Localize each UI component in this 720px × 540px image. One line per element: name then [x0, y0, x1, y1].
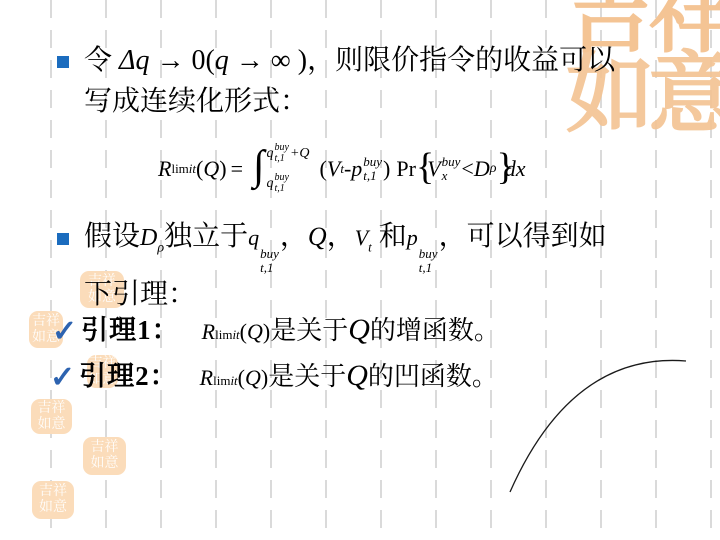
bullet1-text-cjk: ，则限价指令的收益可以: [307, 45, 615, 76]
paren: (: [240, 319, 247, 344]
lower-limit: qbuyt,1: [267, 174, 310, 194]
formula-V: V: [327, 156, 340, 182]
R: R: [200, 365, 213, 390]
lemma2-row: ✓ 引理2： Rlimit(Q) 是关于 Q 的凹函数。: [50, 354, 498, 393]
up-q: q: [267, 146, 274, 162]
equals-sign: =: [231, 156, 243, 182]
seal-stamp: 吉祥如意: [83, 437, 126, 475]
iv-sup: buy: [442, 155, 461, 168]
pr-operator: Pr: [396, 156, 416, 182]
limit-order-revenue-formula: Rlimit(Q) = ∫ qbuyt,1+Q qbuyt,1 (Vt - pb…: [158, 138, 525, 200]
comma: ，: [280, 221, 308, 252]
seal-stamp-text: 吉祥如意: [37, 484, 69, 516]
sub-it: it: [189, 161, 196, 176]
inner-V-scripts: buyx: [442, 156, 461, 182]
Q: Q: [245, 365, 261, 390]
integral-sign: ∫: [253, 145, 265, 187]
sub-limit: limit: [213, 373, 238, 388]
lemma1-text: 的增函数。: [370, 310, 500, 347]
formula-paren: (: [320, 156, 327, 182]
formula-Q: Q: [203, 156, 219, 182]
p-sub: t,1: [363, 169, 382, 182]
bullet1-paragraph: 令 Δq → 0(q → ∞ )，则限价指令的收益可以 写成连续化形式：: [84, 40, 659, 122]
bullet-square-icon: [57, 56, 69, 68]
lemma2-math: Rlimit(Q): [200, 365, 269, 391]
seal-stamp-text: 吉祥如意: [36, 401, 68, 433]
q-scripts: buyt,1: [260, 248, 279, 274]
sub-it: it: [230, 373, 237, 388]
lemma1-bigQ: Q: [348, 313, 370, 347]
up-sup: buy: [275, 143, 289, 153]
bullet2-text-cjk: 假设: [84, 221, 140, 252]
Q: Q: [247, 319, 263, 344]
lemma1-label: 引理1：: [81, 308, 180, 347]
lo-sup: buy: [275, 173, 289, 183]
sub-lim: lim: [215, 327, 232, 342]
math-q: q: [215, 45, 229, 76]
formula-R: R: [158, 156, 171, 182]
seal-stamp: 吉祥如意: [32, 481, 74, 519]
iv-sub: x: [442, 169, 461, 182]
seal-stamp-text: 吉祥如意: [89, 440, 121, 472]
math-p: p: [407, 225, 418, 250]
math-Q: Q: [308, 222, 327, 251]
lo-scripts: buyt,1: [275, 174, 289, 194]
slide-canvas: 吉祥 如意 吉祥如意 吉祥如意 吉祥如意 吉祥如意 吉祥如意 吉祥如意 令 Δq…: [0, 0, 720, 540]
guide-line: [50, 0, 52, 540]
p-sup: buy: [363, 155, 382, 168]
integral-limits: qbuyt,1+Q qbuyt,1: [267, 144, 310, 194]
sub-limit: limit: [215, 327, 240, 342]
seal-stamp: 吉祥如意: [31, 399, 72, 434]
checkmark-icon: ✓: [52, 314, 77, 349]
D-sub: ρ: [490, 161, 497, 177]
bullet1-text-cjk: 令: [84, 45, 119, 76]
lemma2-text: 的凹函数。: [368, 356, 498, 393]
formula-D: D: [474, 156, 490, 182]
dx-differential: dx: [505, 156, 526, 182]
lemma1-text: 是关于: [270, 310, 348, 347]
inner-V: V: [427, 156, 440, 182]
p-scripts: buyt,1: [419, 248, 438, 274]
lo-q: q: [267, 176, 274, 192]
up-sub: t,1: [275, 154, 289, 164]
lemma1-math: Rlimit(Q): [202, 319, 271, 345]
upper-limit: qbuyt,1+Q: [267, 144, 310, 164]
sub-lim: lim: [171, 161, 188, 176]
paren: ): [263, 319, 270, 344]
R: R: [202, 319, 215, 344]
checkmark-icon: ✓: [50, 360, 75, 395]
formula-sub-limit: limit: [171, 161, 196, 177]
formula-paren: ): [383, 156, 390, 182]
sub-lim: lim: [213, 373, 230, 388]
bullet2-line2: 下引理：: [84, 279, 196, 310]
lo-sub: t,1: [275, 184, 289, 194]
math-arrow-inf: → ∞ ): [229, 45, 307, 76]
lemma2-text: 是关于: [268, 356, 346, 393]
math-delta-q: Δq: [119, 45, 149, 76]
lemma2-label: 引理2：: [79, 354, 178, 393]
lemma2-bigQ: Q: [346, 359, 368, 393]
p-sup: buy: [419, 247, 438, 260]
p-sub: t,1: [419, 261, 438, 274]
comma: ，: [327, 221, 355, 252]
paren: (: [238, 365, 245, 390]
up-plus: +Q: [290, 146, 310, 162]
paren: ): [261, 365, 268, 390]
bullet2-text-cjk: 独立于: [164, 221, 248, 252]
formula-p: p: [351, 156, 362, 182]
up-scripts: buyt,1: [275, 144, 289, 164]
bullet1-line2: 写成连续化形式：: [84, 86, 308, 117]
formula-paren: ): [219, 156, 226, 182]
math-q: q: [248, 225, 259, 250]
less-than: <: [461, 156, 473, 182]
math-V: V: [355, 225, 368, 250]
bullet-square-icon: [57, 233, 69, 245]
math-D: D: [140, 225, 157, 251]
bullet2-text-cjk: 和: [372, 221, 407, 252]
q-sub: t,1: [260, 261, 279, 274]
lemma1-row: ✓ 引理1： Rlimit(Q) 是关于 Q 的增函数。: [52, 308, 500, 347]
sub-it: it: [232, 327, 239, 342]
bullet2-text-cjk: ，可以得到如: [439, 221, 607, 252]
math-arrow-zero: → 0(: [149, 45, 214, 76]
bullet2-paragraph: 假设Dρ独立于qbuyt,1，Q，Vt 和pbuyt,1，可以得到如 下引理：: [84, 216, 669, 315]
formula-paren: (: [196, 156, 203, 182]
q-sup: buy: [260, 247, 279, 260]
p-scripts: buyt,1: [363, 156, 382, 182]
